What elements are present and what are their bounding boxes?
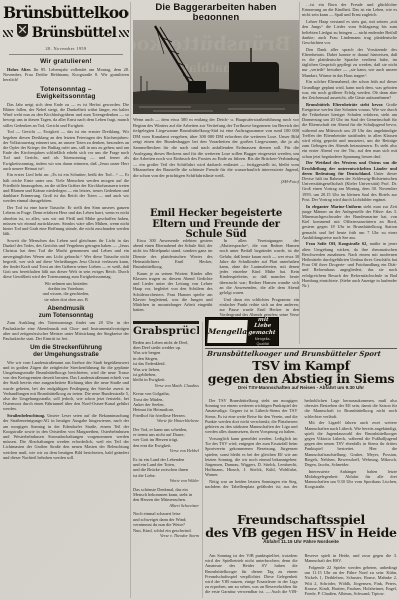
text-line: Zum Ausklang des Totensonntags findet um… xyxy=(3,320,129,341)
text-line: Verse von Hebbel xyxy=(133,448,199,453)
column-rule xyxy=(130,2,131,598)
dredger-photo-image: Brünsbüttelkoog Heimatblatt xyxy=(133,20,299,114)
text-line: Ein solcher Elternabend, der schon früh … xyxy=(302,79,397,100)
text-line: In eleganter Marine-Uniform sieht man zu… xyxy=(302,204,397,240)
headline-abendmusik-1: Abendmusik xyxy=(3,305,129,312)
text-line: Das Jahr neigt sich dem Ende zu — es ist… xyxy=(3,102,129,128)
text-line: Verse v. Theodor Storm xyxy=(133,533,199,538)
abendmusik-body: Zum Ausklang des Totensonntags findet um… xyxy=(3,320,129,341)
text-line: Albert Schweitzer xyxy=(133,503,199,508)
text-line: sie ruhen dort oben aus. B xyxy=(3,297,129,302)
ornament-left xyxy=(3,30,13,37)
text-line: Interessierte Anhänger haben letzte Mitf… xyxy=(305,469,398,490)
gratulieren-body: Hohes Alter. Ihr 85. Lebensjahr vollende… xyxy=(3,67,129,83)
masthead: Brünsbüttelkoog Brünsbüttel 28. November… xyxy=(3,2,129,55)
heavy-rule xyxy=(133,321,199,324)
masthead-subtitle: Brünsbüttel xyxy=(32,26,117,40)
photo-caption: Wenn auch — dem etwa 300 m entlang der D… xyxy=(133,117,299,207)
text-line: Etwa 300 Anwesende erlebten gestern aben… xyxy=(133,238,213,269)
headline-grabsprueche: Grabsprüche xyxy=(133,326,199,338)
text-line: Folgende 22 Spieler werden gebeten, unbe… xyxy=(305,565,398,596)
right-column: …ist ein Born der Freude und glücklicher… xyxy=(302,2,397,346)
ad-slogan: mit Liebe gemacht xyxy=(248,317,277,336)
vfb-body: Am Sonntag ist der VfB punktspielfrei, t… xyxy=(205,553,397,598)
ad-subtext: Mengella-Qualität xyxy=(249,337,276,346)
masthead-title: Brünsbüttelkoog xyxy=(3,5,129,21)
text-line: Ein erstes Lied hebt an: „Es ist ein Sch… xyxy=(3,172,129,203)
headline-vfb-2: des VfB gegen HSV in Heide xyxy=(205,526,397,539)
totensonntag-body: Das Jahr neigt sich dem Ende zu — es ist… xyxy=(3,102,129,302)
coat-of-arms-icon xyxy=(16,23,29,43)
grabsprueche-section: Grabsprüche Reden am Leben nicht de Deel… xyxy=(133,321,199,598)
text-line: Tod — Gericht — Ewigkeit — das ist ein e… xyxy=(3,129,129,171)
text-line: Der Wettlauf des Westens und Ostens um d… xyxy=(302,160,397,202)
column-rule xyxy=(202,322,203,598)
text-line: Kaum je zu seinen Worten: Kinder aller K… xyxy=(133,271,213,313)
text-line: Mit der Ligaelf fahren auch zwei weitere… xyxy=(305,420,398,467)
dredger-photo: Brünsbüttelkoog Heimatblatt xyxy=(133,20,299,114)
text-line: Wie wir vom Landesstraßenamt aus Itzehoe… xyxy=(3,360,129,412)
text-line: Worte von Wilder xyxy=(133,478,199,483)
text-line: Den Dank aller sprach der Vorsitzende de… xyxy=(302,47,397,78)
headline-hecker: Emil Hecker begeisterte Eltern und Freun… xyxy=(133,209,299,241)
text-line: Soweit die Menschen das Leben und gleich… xyxy=(3,238,129,280)
text-line: Worte für Hinterbliebene xyxy=(133,418,199,423)
headline-umgehung-2: der Umgehungsstraße xyxy=(3,351,129,358)
ad-brand: Mengella xyxy=(207,320,248,343)
sport-section-header: Brunsbüttelkooger und Brunsbütteler Spor… xyxy=(207,350,398,358)
left-column: Brünsbüttelkoog Brünsbüttel 28. November… xyxy=(3,2,129,598)
column-rule xyxy=(299,2,300,344)
caption-text: Wenn auch — dem etwa 300 m entlang der D… xyxy=(133,117,299,178)
text-line: In allen Vereinigungen der „Muttersprach… xyxy=(220,238,300,295)
divider xyxy=(9,54,123,55)
text-line: Der TSV Brunsbüttelkoog steht am morgige… xyxy=(205,398,298,434)
text-line: Vorsorglich kann gemeldet werden: Ledigl… xyxy=(205,436,298,478)
headline-totensonntag-1: Totensonntag – xyxy=(3,86,129,93)
tsv-body: Der TSV Brunsbüttelkoog steht am morgige… xyxy=(205,398,397,512)
headline-abendmusik-2: zum Totensonntag xyxy=(3,312,129,319)
text-line: Lehrer Haap verstand es stets gut, mit s… xyxy=(302,19,397,45)
text-line: Brunsbüttels Elternbeiräte steht bevor. … xyxy=(302,102,397,159)
headline-gratulieren: Wir gratulieren! xyxy=(3,58,129,65)
umgehung-body: Wie wir vom Landesstraßenamt aus Itzehoe… xyxy=(3,360,129,460)
text-line: Hohes Alter. Ihr 85. Lebensjahr vollende… xyxy=(3,67,129,83)
headline-tsv: TSV im Kampf gegen den Abstieg in Siems … xyxy=(205,359,397,391)
hecker-body: Etwa 300 Anwesende erlebten gestern aben… xyxy=(133,238,299,318)
photo-credit: (SH-Foto) xyxy=(133,179,299,184)
headline-umgehung-1: Um die Streckenführung xyxy=(3,344,129,351)
headline-vfb: Freundschaftsspiel des VfB gegen HSV in … xyxy=(205,513,397,545)
text-line: Verse von Matth. Claudius xyxy=(133,383,199,388)
text-line: Frau Sofie Off, Koogstraße 62, mußte in … xyxy=(302,241,397,288)
text-line: Der Tod ist eine harte Tatsache. Er stel… xyxy=(3,205,129,236)
date-line: 28. November 1959 xyxy=(3,46,129,52)
text-line: …ist ein Born der Freude und glücklicher… xyxy=(302,2,397,18)
headline-hecker-1: Emil Hecker begeisterte xyxy=(133,209,299,220)
mengella-ad: Mengella mit Liebe gemacht Mengella-Qual… xyxy=(205,317,279,346)
headline-tsv-2: gegen den Abstieg in Siems xyxy=(205,372,397,385)
headline-totensonntag-2: Ewigkeitssonntag xyxy=(3,93,129,100)
text-line: Straßenbeleuchtung. Unsere Leser seien a… xyxy=(3,413,129,460)
ornament-right xyxy=(119,30,129,37)
svg-text:Brünsbüttelkoog: Brünsbüttelkoog xyxy=(133,33,291,55)
grabsprueche-body: Reden am Leben nicht de Deel,dien Deel s… xyxy=(133,340,199,539)
newspaper-page: Brünsbüttelkoog Brünsbüttel 28. November… xyxy=(0,0,399,600)
